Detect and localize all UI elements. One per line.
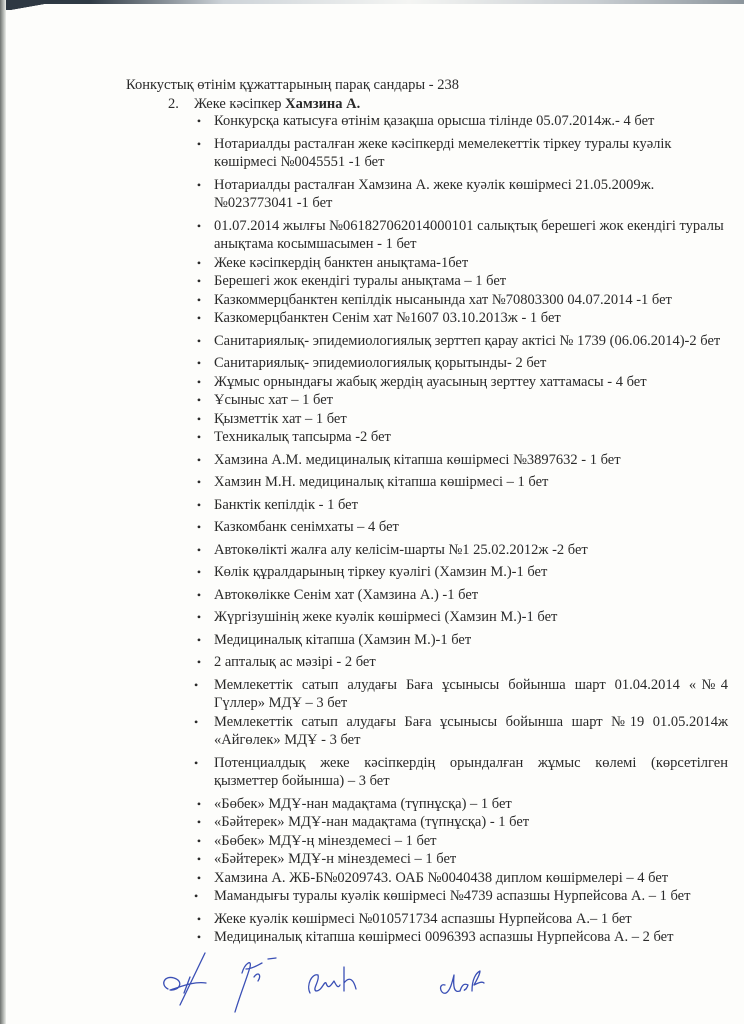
bullet-icon: • [194,112,204,131]
section-entrepreneur-name: Хамзина А. [285,96,360,112]
bullet-icon: • [194,928,204,947]
list-item: •Санитариялық- эпидемиологиялық зерттеп … [214,332,728,351]
list-item: •Мемлекеттік сатып алудағы Баға ұсынысы … [214,676,728,713]
bullet-icon: • [194,309,204,328]
list-item: •Автокөлікті жалға алу келісім-шарты №1 … [214,541,728,560]
list-item: •«Бөбек» МДҰ-ң мінездемесі – 1 бет [214,832,728,851]
bullet-icon: • [194,869,204,888]
bullet-icon: • [194,391,204,410]
section-heading: 2.Жеке кәсіпкер Хамзина А. [168,95,360,113]
bullet-icon: • [194,135,204,154]
document-page: Конкустық өтінім құжаттарының парақ санд… [0,0,744,1024]
list-item: •Автокөлікке Сенім хат (Хамзина А.) -1 б… [214,586,728,605]
bullet-icon: • [194,428,204,447]
bullet-icon: • [194,291,204,310]
bullet-icon: • [194,451,204,470]
bullet-icon: • [194,795,204,814]
list-item: •Жеке кәсіпкердің банктен анықтама-1бет [214,254,728,273]
bullet-icon: • [194,653,204,672]
list-item-text: Жұмыс орнындағы жабық жердің ауасының зе… [214,374,647,390]
list-item-text: Жүргізушінің жеке куәлік көшірмесі (Хамз… [214,609,557,625]
list-item: •Мемлекеттік сатып алудағы Баға ұсынысы … [214,713,728,750]
list-item-text: Жеке кәсіпкердің банктен анықтама-1бет [214,255,468,271]
list-item-text: Банктік кепілдік - 1 бет [214,497,358,513]
list-item: •Казкомбанк сенімхаты – 4 бет [214,518,728,537]
list-item: •Банктік кепілдік - 1 бет [214,496,728,515]
list-item-text: Казкомбанк сенімхаты – 4 бет [214,519,399,535]
list-item-text: Автокөлікті жалға алу келісім-шарты №1 2… [214,542,588,558]
list-item: •Көлік құралдарының тіркеу куәлігі (Хамз… [214,563,728,582]
list-item-text: Медициналық кітапша көшірмесі 0096393 ас… [214,929,673,945]
bullet-icon: • [194,254,204,273]
list-item-text: Хамзина А. ЖБ-Б№0209743. ОАБ №0040438 ди… [214,870,668,886]
list-item: •«Бөбек» МДҰ-нан мадақтама (түпнұсқа) – … [214,795,728,814]
list-item-text: «Бөбек» МДҰ-ң мінездемесі – 1 бет [214,833,436,849]
bullet-icon: • [194,176,204,195]
bullet-icon: • [194,887,204,906]
list-item-text: Казкоммерцбанктен кепілдік нысанында хат… [214,292,672,308]
list-item: •Казкомерцбанктен Сенім хат №1607 03.10.… [214,309,728,328]
bullet-icon: • [194,713,204,732]
list-item-text: 01.07.2014 жылғы №061827062014000101 сал… [214,218,724,253]
list-item-text: Санитариялық- эпидемиологиялық зерттеп қ… [214,333,720,349]
document-title: Конкустық өтінім құжаттарының парақ санд… [126,76,459,94]
bullet-icon: • [194,373,204,392]
document-list: •Конкурсқа катысуға өтінім қазақша орысш… [214,112,728,947]
list-item-text: Мемлекеттік сатып алудағы Баға ұсынысы б… [214,677,728,712]
list-item-text: Мемлекеттік сатып алудағы Баға ұсынысы б… [214,714,728,749]
bullet-icon: • [194,410,204,429]
list-item-text: Хамзин М.Н. медициналық кітапша көшірмес… [214,474,548,490]
list-item: •Медициналық кітапша көшірмесі 0096393 а… [214,928,728,947]
list-item: •Мамандығы туралы куәлік көшірмесі №4739… [214,887,728,906]
list-item: •Жұмыс орнындағы жабық жердің ауасының з… [214,373,728,392]
list-item: •Хамзин М.Н. медициналық кітапша көшірме… [214,473,728,492]
bullet-icon: • [194,813,204,832]
list-item-text: Қызметтік хат – 1 бет [214,411,347,427]
list-item-text: Конкурсқа катысуға өтінім қазақша орысша… [214,113,654,129]
section-label: Жеке кәсіпкер [194,96,285,112]
list-item: •«Бәйтерек» МДҰ-нан мадақтама (түпнұсқа)… [214,813,728,832]
list-item: •«Бәйтерек» МДҰ-н мінездемесі – 1 бет [214,850,728,869]
bullet-icon: • [194,586,204,605]
list-item: •2 апталық ас мәзірі - 2 бет [214,653,728,672]
list-item-text: Жеке куәлік көшірмесі №010571734 аспазшы… [214,911,632,927]
bullet-icon: • [194,518,204,537]
list-item: •Казкоммерцбанктен кепілдік нысанында ха… [214,291,728,310]
list-item-text: Ұсыныс хат – 1 бет [214,392,333,408]
list-item-text: «Бөбек» МДҰ-нан мадақтама (түпнұсқа) – 1… [214,796,512,812]
list-item: •Хамзина А.М. медициналық кітапша көшірм… [214,451,728,470]
bullet-icon: • [194,541,204,560]
list-item-text: Потенциалдық жеке кәсіпкердің орындалған… [214,755,728,790]
list-item: •Ұсыныс хат – 1 бет [214,391,728,410]
list-item: •01.07.2014 жылғы №061827062014000101 са… [214,217,728,254]
list-item-text: Автокөлікке Сенім хат (Хамзина А.) -1 бе… [214,587,478,603]
bullet-icon: • [194,608,204,627]
bullet-icon: • [194,676,204,695]
list-item-text: Нотариалды расталған жеке кәсіпкерді мем… [214,136,671,171]
list-item-text: Көлік құралдарының тіркеу куәлігі (Хамзи… [214,564,547,580]
signature-strokes-icon [150,945,510,1020]
list-item-text: «Бәйтерек» МДҰ-н мінездемесі – 1 бет [214,851,456,867]
bullet-icon: • [194,272,204,291]
list-item-text: Хамзина А.М. медициналық кітапша көшірме… [214,452,621,468]
list-item-text: Медициналық кітапша (Хамзин М.)-1 бет [214,632,471,648]
bullet-icon: • [194,354,204,373]
list-item-text: Берешегі жок екендігі туралы анықтама – … [214,273,506,289]
list-item-text: Санитариялық- эпидемиологиялық қорытынды… [214,355,546,371]
section-number: 2. [168,95,194,113]
list-item: •Нотариалды расталған Хамзина А. жеке ку… [214,176,728,213]
bullet-icon: • [194,754,204,773]
list-item: •Нотариалды расталған жеке кәсіпкерді ме… [214,135,728,172]
list-item: •Конкурсқа катысуға өтінім қазақша орысш… [214,112,728,131]
bullet-icon: • [194,910,204,929]
bullet-icon: • [194,473,204,492]
list-item: •Потенциалдық жеке кәсіпкердің орындалға… [214,754,728,791]
bullet-icon: • [194,217,204,236]
bullet-icon: • [194,563,204,582]
list-item: •Жеке куәлік көшірмесі №010571734 аспазш… [214,910,728,929]
bullet-icon: • [194,496,204,515]
list-item: •Медициналық кітапша (Хамзин М.)-1 бет [214,631,728,650]
signatures [150,945,510,1020]
list-item: •Жүргізушінің жеке куәлік көшірмесі (Хам… [214,608,728,627]
list-item: •Санитариялық- эпидемиологиялық қорытынд… [214,354,728,373]
list-item: •Қызметтік хат – 1 бет [214,410,728,429]
bullet-icon: • [194,850,204,869]
list-item-text: Нотариалды расталған Хамзина А. жеке куә… [214,177,654,212]
list-item-text: 2 апталық ас мәзірі - 2 бет [214,654,376,670]
list-item: •Берешегі жок екендігі туралы анықтама –… [214,272,728,291]
list-item-text: Техникалық тапсырма -2 бет [214,429,391,445]
bullet-icon: • [194,832,204,851]
list-item-text: Казкомерцбанктен Сенім хат №1607 03.10.2… [214,310,561,326]
list-item-text: «Бәйтерек» МДҰ-нан мадақтама (түпнұсқа) … [214,814,529,830]
bullet-icon: • [194,332,204,351]
list-item: •Техникалық тапсырма -2 бет [214,428,728,447]
list-item-text: Мамандығы туралы куәлік көшірмесі №4739 … [214,888,690,904]
list-item: •Хамзина А. ЖБ-Б№0209743. ОАБ №0040438 д… [214,869,728,888]
bullet-icon: • [194,631,204,650]
